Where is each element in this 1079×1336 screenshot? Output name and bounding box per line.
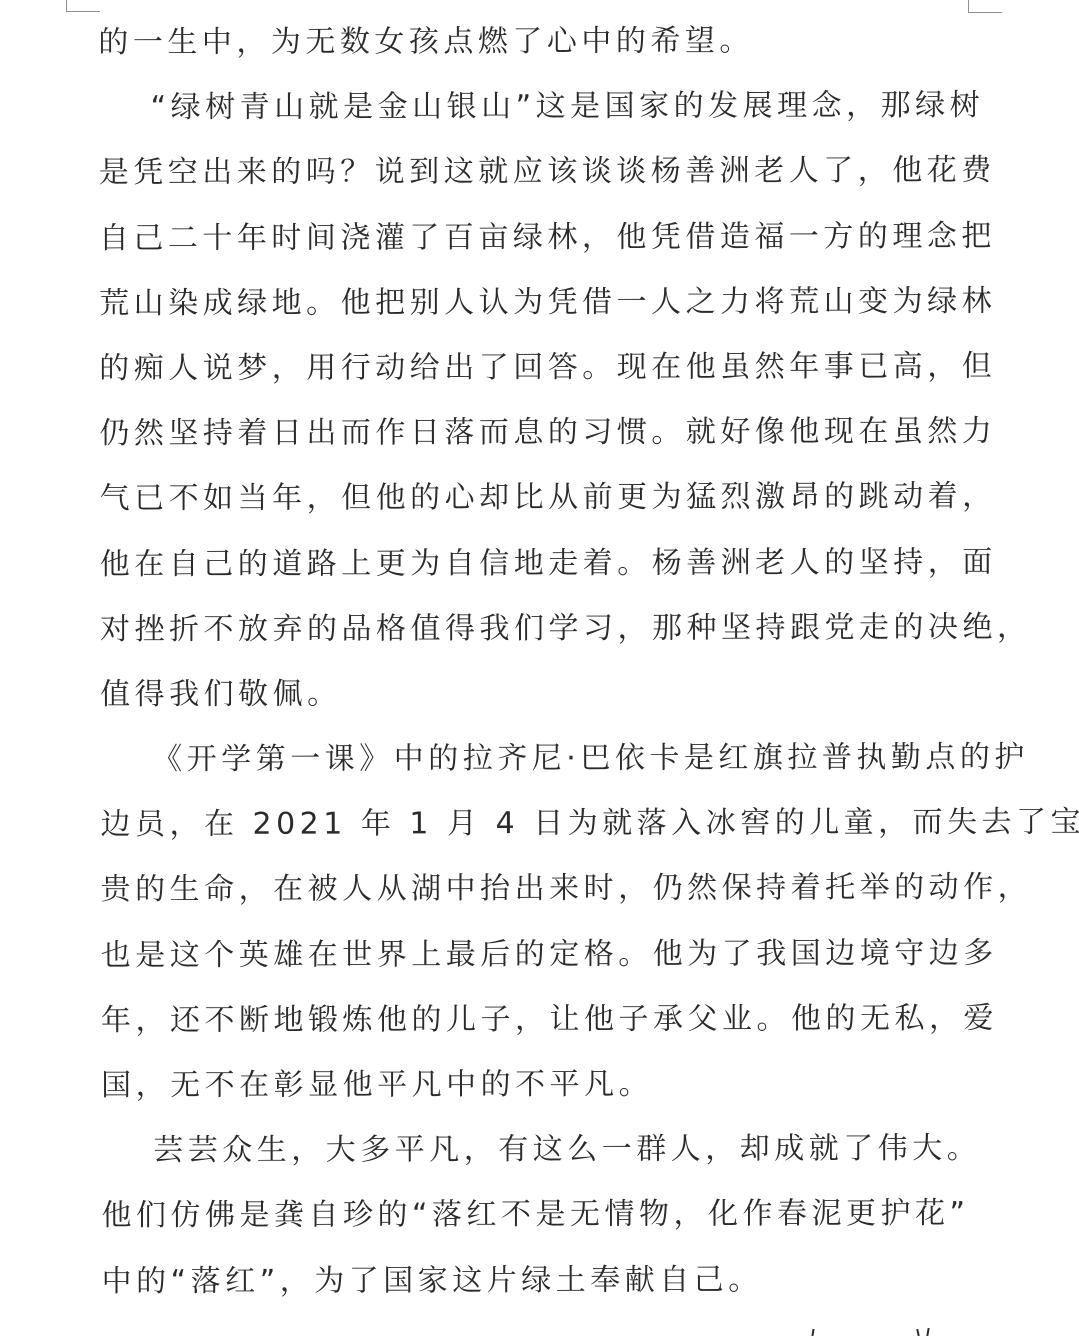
- essay-line: 气已不如当年，但他的心却比从前更为猛烈激昂的跳动着，: [99, 464, 1004, 532]
- essay-page: 的一生中，为无数女孩点燃了心中的希望。 “绿树青山就是金山银山”这是国家的发展理…: [0, 0, 1079, 1336]
- essay-line: 《开学第一课》中的拉齐尼·巴依卡是红旗拉普执勤点的护: [100, 725, 1005, 793]
- essay-line: 边员，在 2021 年 1 月 4 日为就落入冰窖的儿童，而失去了宝: [100, 790, 1005, 858]
- essay-line: 值得我们敬佩。: [100, 660, 1005, 728]
- crop-mark-top-left: [66, 0, 100, 12]
- essay-line: “绿树青山就是金山银山”这是国家的发展理念，那绿树: [98, 73, 1003, 141]
- essay-line: 的痴人说梦，用行动给出了回答。现在他虽然年事已高，但: [99, 334, 1004, 402]
- essay-line: 荒山染成绿地。他把别人认为凭借一人之力将荒山变为绿林: [99, 269, 1004, 337]
- essay-line: 芸芸众生，大多平凡，有这么一群人，却成就了伟大。: [101, 1116, 1006, 1184]
- essay-line: 的一生中，为无数女孩点燃了心中的希望。: [98, 8, 1003, 76]
- essay-line: 是凭空出来的吗？说到这就应该谈谈杨善洲老人了，他花费: [99, 138, 1004, 206]
- essay-line: 国，无不在彰显他平凡中的不平凡。: [101, 1051, 1006, 1119]
- essay-line: 年，还不断地锻炼他的儿子，让他子承父业。他的无私，爱: [101, 986, 1006, 1054]
- cutoff-stroke-fragment: [916, 1329, 919, 1336]
- essay-line: 他在自己的道路上更为自信地走着。杨善洲老人的坚持，面: [100, 529, 1005, 597]
- essay-text: 的一生中，为无数女孩点燃了心中的希望。 “绿树青山就是金山银山”这是国家的发展理…: [98, 8, 1006, 1314]
- essay-line: 也是这个英雄在世界上最后的定格。他为了我国边境守边多: [101, 920, 1006, 988]
- essay-line: 中的“落红”，为了国家这片绿土奉献自己。: [102, 1246, 1007, 1314]
- essay-line: 贵的生命，在被人从湖中抬出来时，仍然保持着托举的动作，: [101, 855, 1006, 923]
- essay-line: 自己二十年时间浇灌了百亩绿林，他凭借造福一方的理念把: [99, 203, 1004, 271]
- essay-line: 他们仿佛是龚自珍的“落红不是无情物，化作春泥更护花”: [101, 1181, 1006, 1249]
- essay-line: 仍然坚持着日出而作日落而息的习惯。就好像他现在虽然力: [99, 399, 1004, 467]
- essay-line: 对挫折不放弃的品格值得我们学习，那种坚持跟党走的决绝，: [100, 595, 1005, 663]
- cutoff-stroke-fragment: [811, 1329, 814, 1336]
- cutoff-stroke-fragment: [926, 1328, 929, 1336]
